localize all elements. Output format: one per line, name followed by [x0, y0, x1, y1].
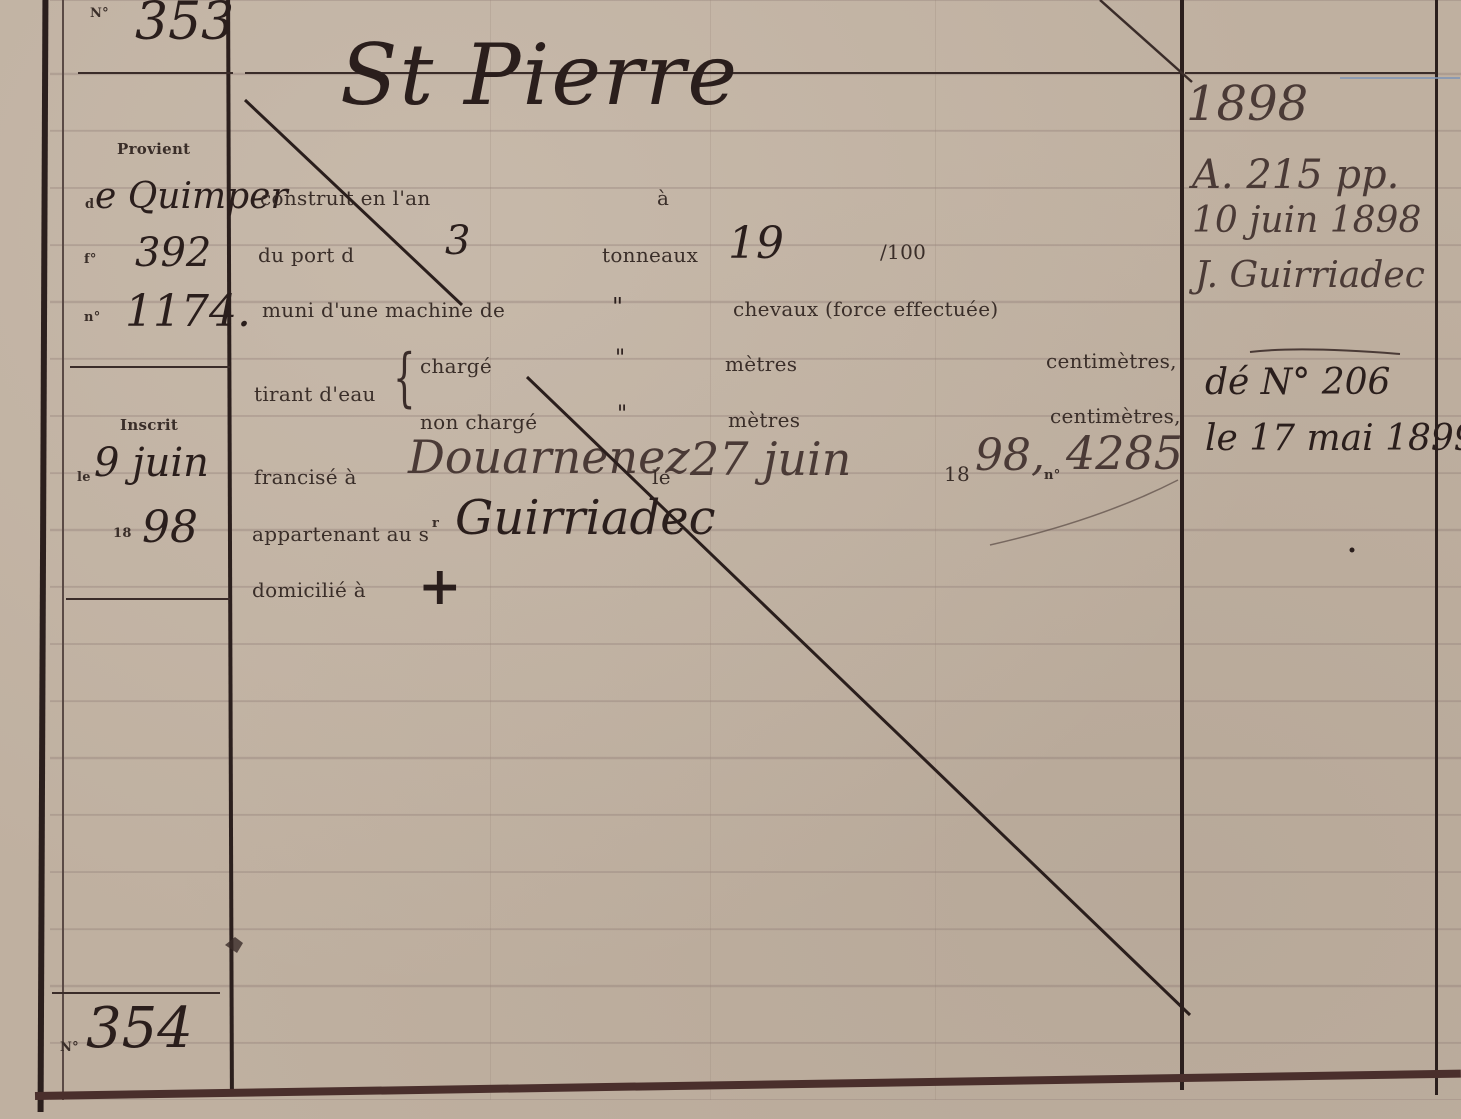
ledger-page: N° 353 Provient d e Quimper f° 392 n° 11…: [0, 0, 1461, 1119]
machine-value: ": [612, 293, 623, 321]
right-year: 1898: [1186, 76, 1308, 132]
folio-value: 392: [135, 230, 211, 276]
inscrit-date-value: 9 juin: [94, 440, 209, 486]
numero-value: 1174.: [125, 286, 251, 337]
next-entry-value: 354: [86, 996, 193, 1061]
blue-pencil-mark: [1340, 77, 1460, 79]
charge-label: chargé: [420, 354, 492, 378]
provient-label: Provient: [117, 140, 190, 158]
faint-column-guide: [935, 0, 936, 1100]
metres-label: mètres: [725, 352, 797, 376]
provient-origin-value: e Quimper: [95, 176, 288, 217]
right-line-3: J. Guirriadec: [1195, 255, 1425, 296]
right-column-divider: [1180, 0, 1184, 1090]
right-line-5: le 17 mai 1899: [1205, 418, 1461, 459]
right-line-1: A. 215 pp.: [1192, 152, 1399, 198]
tonneaux-value: 19: [728, 218, 784, 269]
margin-divider: [52, 992, 220, 994]
port-label: du port d: [258, 243, 354, 267]
metres-label: mètres: [728, 408, 800, 432]
centimetres-label: centimètres,: [1050, 404, 1181, 428]
year-prefix: 18: [944, 462, 970, 486]
domicilie-value: +: [418, 556, 462, 617]
margin-divider: [66, 598, 230, 600]
non-charge-value: ": [617, 402, 627, 427]
margin-divider: [70, 366, 230, 368]
tonneaux-label: tonneaux: [602, 243, 698, 267]
inscrit-year-suffix: 98: [142, 502, 198, 553]
numero-label: n°: [84, 310, 101, 325]
right-line-4: dé N° 206: [1205, 362, 1390, 403]
brace-symbol: {: [393, 346, 415, 410]
right-line-2: 10 juin 1898: [1192, 200, 1421, 241]
tirant-label: tirant d'eau: [254, 382, 376, 406]
machine-label: muni d'une machine de: [262, 298, 505, 322]
centimetres-label: centimètres,: [1046, 349, 1177, 373]
faint-column-guide: [490, 0, 491, 1100]
hundredths-label: /100: [880, 240, 926, 264]
domicilie-label: domicilié à: [252, 578, 366, 602]
year-suffix: 98,: [975, 430, 1045, 481]
chevaux-label: chevaux (force effectuée): [733, 297, 998, 321]
entry-number-value: 353: [135, 0, 234, 52]
numero-value: 4285: [1066, 426, 1183, 480]
folio-label: f°: [84, 252, 97, 267]
francise-date: 27 juin: [690, 432, 851, 486]
appartenant-label: appartenant au s: [252, 522, 429, 546]
francise-label: francisé à: [254, 465, 357, 489]
construit-label: construit en l'an: [260, 186, 431, 210]
far-right-divider: [1435, 0, 1438, 1095]
inscrit-label: Inscrit: [120, 416, 178, 434]
numero-label: n°: [1044, 468, 1061, 483]
francise-value: Douarnenez: [408, 430, 690, 484]
provient-de-prefix: d: [85, 197, 94, 212]
port-value: 3: [445, 218, 470, 264]
construit-a-label: à: [657, 186, 669, 210]
faint-column-guide: [710, 0, 711, 1100]
inscrit-year-prefix: 18: [113, 526, 132, 541]
charge-value: ": [615, 346, 625, 371]
outer-left-border: [38, 0, 49, 1112]
inner-left-border: [62, 0, 64, 1100]
right-row-divider: [1185, 72, 1435, 74]
le-label: le: [652, 465, 671, 489]
vessel-name: St Pierre: [340, 26, 739, 124]
appartenant-sup: r: [432, 516, 439, 531]
next-entry-label: N°: [60, 1040, 79, 1055]
entry-number-label: N°: [90, 6, 109, 21]
inscrit-le-prefix: le: [77, 470, 91, 485]
owner-value: Guirriadec: [455, 490, 715, 546]
margin-divider: [78, 72, 233, 74]
